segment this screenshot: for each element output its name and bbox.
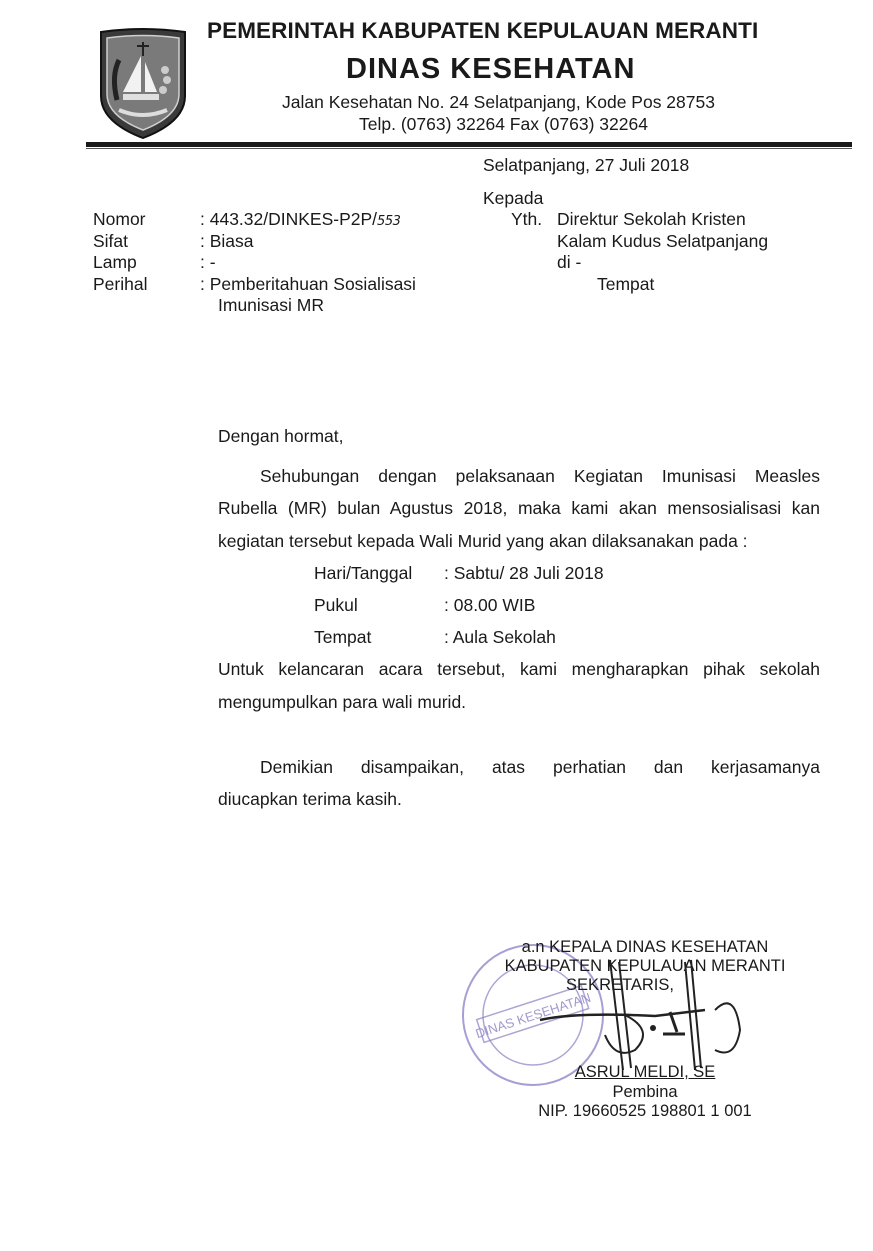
paragraph-2-line-1: Untuk kelancaran acara tersebut, kami me… — [218, 659, 820, 680]
recipient-kepada: Kepada — [483, 188, 543, 209]
paragraph-2-line-2: mengumpulkan para wali murid. — [218, 692, 466, 713]
government-name: PEMERINTAH KABUPATEN KEPULAUAN MERANTI — [207, 18, 758, 44]
schedule-label-place: Tempat — [314, 627, 371, 648]
paragraph-1-line-3: kegiatan tersebut kepada Wali Murid yang… — [218, 531, 748, 552]
paragraph-1-line-2: Rubella (MR) bulan Agustus 2018, maka ka… — [218, 498, 820, 519]
recipient-line3: di - — [557, 252, 581, 273]
sifat-label: Sifat — [93, 231, 128, 252]
perihal-value: : Pemberitahuan Sosialisasi — [200, 274, 416, 295]
agency-address: Jalan Kesehatan No. 24 Selatpanjang, Kod… — [282, 92, 715, 113]
sifat-value: : Biasa — [200, 231, 254, 252]
letterhead-rule — [86, 142, 852, 147]
recipient-line4: Tempat — [597, 274, 654, 295]
schedule-value-date: : Sabtu/ 28 Juli 2018 — [444, 563, 604, 584]
signatory-nip: NIP. 19660525 198801 1 001 — [515, 1101, 775, 1121]
signatory-rank: Pembina — [590, 1082, 700, 1102]
date-line: Selatpanjang, 27 Juli 2018 — [483, 155, 689, 176]
crest-logo-icon — [97, 26, 189, 140]
handwritten-signature-icon — [535, 950, 750, 1080]
recipient-yth: Yth. — [511, 209, 542, 230]
schedule-value-time: : 08.00 WIB — [444, 595, 535, 616]
nomor-typed: : 443.32/DINKES-P2P/ — [200, 209, 377, 229]
signatory-name: ASRUL MELDI, SE — [560, 1062, 730, 1082]
schedule-value-place: : Aula Sekolah — [444, 627, 556, 648]
lamp-label: Lamp — [93, 252, 137, 273]
schedule-label-time: Pukul — [314, 595, 358, 616]
agency-name: DINAS KESEHATAN — [346, 53, 635, 86]
recipient-line2: Kalam Kudus Selatpanjang — [557, 231, 768, 252]
perihal-label: Perihal — [93, 274, 147, 295]
paragraph-1-line-1: Sehubungan dengan pelaksanaan Kegiatan I… — [260, 466, 820, 487]
paragraph-3-line-2: diucapkan terima kasih. — [218, 789, 402, 810]
salutation: Dengan hormat, — [218, 426, 344, 447]
nomor-value: : 443.32/DINKES-P2P/553 — [200, 209, 400, 232]
letterhead-rule-thin — [86, 148, 852, 149]
perihal-value-2: Imunisasi MR — [218, 295, 324, 316]
nomor-handwritten: 553 — [377, 214, 400, 229]
paragraph-3-line-1: Demikian disampaikan, atas perhatian dan… — [260, 757, 820, 778]
agency-phone: Telp. (0763) 32264 Fax (0763) 32264 — [359, 114, 648, 135]
nomor-label: Nomor — [93, 209, 146, 230]
lamp-value: : - — [200, 252, 216, 273]
schedule-label-date: Hari/Tanggal — [314, 563, 412, 584]
recipient-line1: Direktur Sekolah Kristen — [557, 209, 746, 230]
